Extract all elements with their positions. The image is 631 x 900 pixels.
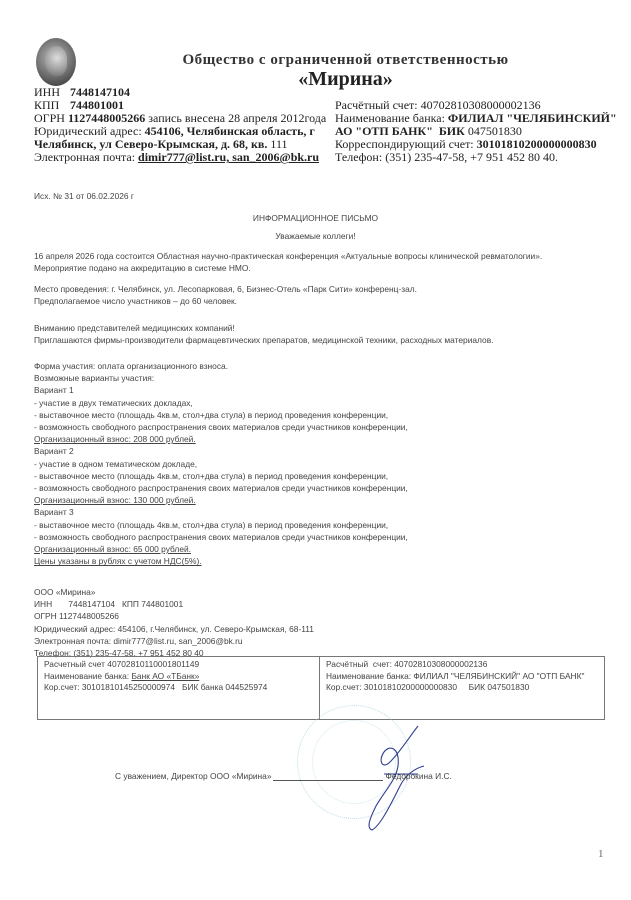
footer-inn-kpp: ИНН 7448147104 КПП 744801001 bbox=[34, 598, 314, 610]
page-number: 1 bbox=[598, 848, 604, 860]
corr-label: Корреспондирующий счет: bbox=[335, 137, 474, 151]
invite-paragraph: Вниманию представителей медицинских комп… bbox=[34, 322, 493, 346]
attention-line: Вниманию представителей медицинских комп… bbox=[34, 322, 493, 334]
variant-item: - выставочное место (площадь 4кв.м, стол… bbox=[34, 409, 408, 421]
footer-address: Юридический адрес: 454106, г.Челябинск, … bbox=[34, 623, 314, 635]
bank-account: Расчетный счет 40702810110001801149 bbox=[44, 659, 313, 671]
legal-address-apt: 111 bbox=[270, 137, 287, 151]
bik-label: БИК bbox=[439, 124, 465, 138]
bank-name-label: Наименование банка: bbox=[335, 111, 445, 125]
venue-line: Место проведения: г. Челябинск, ул. Лесо… bbox=[34, 283, 417, 295]
org-type: Общество с ограниченной ответственностью bbox=[0, 52, 631, 69]
variant-item: - возможность свободного распространения… bbox=[34, 531, 408, 543]
vat-note: Цены указаны в рублях с учетом НДС(5%). bbox=[34, 555, 408, 567]
bank-name-line2: АО "ОТП БАНК" bbox=[335, 124, 433, 138]
account-value: 40702810308000002136 bbox=[421, 98, 541, 112]
variant-fee: Организационный взнос: 208 000 рублей. bbox=[34, 433, 408, 445]
intro-line: 16 апреля 2026 года состоится Областная … bbox=[34, 250, 542, 262]
legal-address-line2: Челябинск, ул Северо-Крымская, д. 68, кв… bbox=[34, 137, 267, 151]
variant-item: - выставочное место (площадь 4кв.м, стол… bbox=[34, 470, 408, 482]
letterhead-requisites-right: Расчётный счет: 40702810308000002136 Наи… bbox=[335, 99, 617, 164]
signature-closing: С уважением, Директор ООО «Мирина» bbox=[115, 771, 271, 781]
intro-line: Мероприятие подано на аккредитацию в сис… bbox=[34, 262, 542, 274]
variant-item: - участие в двух тематических докладах, bbox=[34, 397, 408, 409]
bank-details-left: Расчетный счет 40702810110001801149 Наим… bbox=[38, 657, 320, 719]
variant-item: - возможность свободного распространения… bbox=[34, 482, 408, 494]
participants-line: Предполагаемое число участников – до 60 … bbox=[34, 295, 417, 307]
variant-item: - участие в одном тематическом докладе, bbox=[34, 458, 408, 470]
variant-1: Вариант 1 - участие в двух тематических … bbox=[34, 384, 408, 445]
variant-fee: Организационный взнос: 65 000 рублей. bbox=[34, 543, 408, 555]
letter-title: ИНФОРМАЦИОННОЕ ПИСЬМО bbox=[0, 212, 631, 224]
bank-account: Расчётный счет: 40702810308000002136 bbox=[326, 659, 598, 671]
variant-title: Вариант 3 bbox=[34, 506, 408, 518]
footer-requisites: ООО «Мирина» ИНН 7448147104 КПП 74480100… bbox=[34, 586, 314, 659]
variant-title: Вариант 1 bbox=[34, 384, 408, 396]
variant-item: - выставочное место (площадь 4кв.м, стол… bbox=[34, 519, 408, 531]
footer-ogrn: ОГРН 1127448005266 bbox=[34, 610, 314, 622]
inn-value: 7448147104 bbox=[70, 85, 130, 99]
corr-value: 30101810200000000830 bbox=[477, 137, 597, 151]
email-label: Электронная почта: bbox=[34, 150, 135, 164]
bank-name: Наименование банка: ФИЛИАЛ "ЧЕЛЯБИНСКИЙ"… bbox=[326, 671, 598, 683]
variant-2: Вариант 2 - участие в одном тематическом… bbox=[34, 445, 408, 506]
legal-address-line1: 454106, Челябинская область, г bbox=[145, 124, 315, 138]
venue-paragraph: Место проведения: г. Челябинск, ул. Лесо… bbox=[34, 283, 417, 307]
form-line: Форма участия: оплата организационного в… bbox=[34, 360, 408, 372]
bank-name-label: Наименование банка: bbox=[44, 671, 131, 681]
signature-blank bbox=[273, 771, 383, 781]
variant-3: Вариант 3 - выставочное место (площадь 4… bbox=[34, 506, 408, 555]
participation-section: Форма участия: оплата организационного в… bbox=[34, 360, 408, 567]
ogrn-value: 1127448005266 bbox=[68, 111, 145, 125]
variants-intro: Возможные варианты участия: bbox=[34, 372, 408, 384]
letterhead-requisites-left: ИНН7448147104 КПП744801001 ОГРН 11274480… bbox=[34, 86, 326, 164]
bank-corr: Кор.счет: 30101810200000000830 БИК 04750… bbox=[326, 682, 598, 694]
bik-value: 047501830 bbox=[468, 124, 522, 138]
ogrn-note: запись внесена 28 апреля 2012года bbox=[148, 111, 326, 125]
footer-email[interactable]: Электронная почта: dimir777@list.ru, san… bbox=[34, 635, 314, 647]
footer-company: ООО «Мирина» bbox=[34, 586, 314, 598]
invite-line: Приглашаются фирмы-производители фармаце… bbox=[34, 334, 493, 346]
signatory-name: Федорокина И.С. bbox=[385, 771, 451, 781]
kpp-value: 744801001 bbox=[70, 98, 124, 112]
variant-title: Вариант 2 bbox=[34, 445, 408, 457]
variant-fee: Организационный взнос: 130 000 рублей. bbox=[34, 494, 408, 506]
ogrn-label: ОГРН bbox=[34, 111, 65, 125]
greeting: Уважаемые коллеги! bbox=[0, 230, 631, 242]
reference-number: Исх. № 31 от 06.02.2026 г bbox=[34, 190, 134, 202]
signature-line: С уважением, Директор ООО «Мирина» Федор… bbox=[115, 771, 452, 781]
phone-label: Телефон: bbox=[335, 150, 382, 164]
account-label: Расчётный счет: bbox=[335, 98, 418, 112]
email-link[interactable]: dimir777@list.ru, san_2006@bk.ru bbox=[138, 150, 319, 164]
bank-name: Банк АО «ТБанк» bbox=[131, 671, 199, 681]
bank-details-table: Расчетный счет 40702810110001801149 Наим… bbox=[37, 656, 605, 720]
intro-paragraph: 16 апреля 2026 года состоится Областная … bbox=[34, 250, 542, 274]
bank-name-line1: ФИЛИАЛ "ЧЕЛЯБИНСКИЙ" bbox=[448, 111, 617, 125]
phone-value: (351) 235-47-58, +7 951 452 80 40. bbox=[385, 150, 558, 164]
legal-address-label: Юридический адрес: bbox=[34, 124, 142, 138]
bank-corr: Кор.счет: 30101810145250000974 БИК банка… bbox=[44, 682, 313, 694]
variant-item: - возможность свободного распространения… bbox=[34, 421, 408, 433]
